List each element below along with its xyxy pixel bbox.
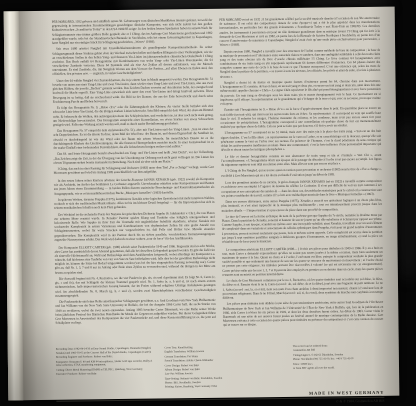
paragraph: Le choix de Gert Mortensen commence par … — [222, 277, 383, 300]
liner-notes: PER NØRGÅRD, 1932 geboren und anläßlich … — [52, 16, 385, 395]
paragraph: Das 64. und letzte Hexagramm besteht abw… — [53, 150, 214, 165]
paragraph: Dans ses œuvres ultérieures, entre autre… — [221, 198, 382, 213]
paragraph: PER NØRGÅRD est né en 1932 ; il fut gran… — [219, 16, 380, 47]
cover-footer: MADE IN WEST GERMANY © & ℗ 1984, Grammof… — [56, 390, 384, 406]
credits-block: Recording Data: 1982-08-14/16 at Easy So… — [56, 344, 385, 392]
german-text-column: PER NØRGÅRD, 1932 geboren und anläßlich … — [52, 18, 216, 344]
paragraph: I Ching, das auch in einer Fassung für S… — [54, 165, 215, 175]
paragraph: Ensuite suit l’hexagramme no 9, « Hsiao … — [220, 106, 381, 129]
paragraph: Les pièces pour timbales sont dédiées à … — [223, 300, 384, 327]
ordering-line: or from BIS’ agents all over the world. — [293, 366, 384, 371]
paragraph: L’hexagramme no 57 correspond au no 51 i… — [221, 129, 382, 152]
paragraph: Seit etwa 1980 arbeitet Nørgård mit Unen… — [52, 45, 213, 76]
ordering-info: The record can be ordered from: Grammofo… — [293, 344, 384, 389]
paragraph: Die Paukenstücke sind einer Reihe amerik… — [55, 298, 216, 325]
photo-background: PER NØRGÅRD, 1932 geboren und anläßlich … — [0, 0, 416, 406]
credit-line: Recording Data: 1982-08-14/16 at Easy So… — [56, 347, 158, 356]
paragraph: Das Hexagramm Nr. 57 entspricht dem einl… — [53, 127, 214, 150]
paragraph-xenakis: In den ersten Jahren seiner Karriere arb… — [54, 177, 215, 196]
paragraph: Der Werktitel ist die archaische Form de… — [54, 211, 215, 242]
paragraph: Le 64e et dernier hexagramme consiste en… — [221, 152, 382, 167]
paragraph: Depuis environ 1980, Nørgård a travaillé… — [220, 47, 381, 78]
french-text-column: PER NØRGÅRD est né en 1932 ; il fut gran… — [219, 16, 383, 342]
credit-line: Executive Producer: Robert von Bahr — [56, 372, 158, 377]
paragraph: In späteren Werken, darunter Psappha (19… — [54, 196, 215, 211]
paragraph-carter: Le compositeur américain ELLIOTT CARTER … — [222, 245, 383, 276]
album-back-cover: PER NØRGÅRD, 1932 geboren und anläßlich … — [4, 7, 400, 401]
paragraph: PER NØRGÅRD, 1932 geboren und anläßlich … — [52, 18, 213, 45]
paragraph: Nørgård a choisi ici de mettre en musiqu… — [220, 79, 381, 106]
paragraph: Le titre de l’œuvre est la forme archaïq… — [222, 213, 383, 244]
paragraph: Es folgt das Hexagramm Nr. 9, „Hsiao ch’… — [53, 104, 214, 127]
paragraph: L’I Ching de Per Nørgård, qui se trouve … — [221, 167, 382, 177]
paragraph-carter: Der Komponist ELLIOTT CARTER (geb. 1908)… — [54, 243, 215, 274]
paragraph: Die Auswahl beginnt mit Nr. 4, Recitativ… — [55, 275, 216, 298]
production-credits: Cover Text: Knud Ketting English Transla… — [164, 345, 286, 390]
paragraph: Unter den 64 wählte Nørgård vier Zustand… — [52, 77, 213, 104]
recording-credits: Recording Data: 1982-08-14/16 at Easy So… — [56, 347, 158, 392]
paragraph-xenakis: Lors des premières années de sa carrière… — [221, 179, 382, 198]
